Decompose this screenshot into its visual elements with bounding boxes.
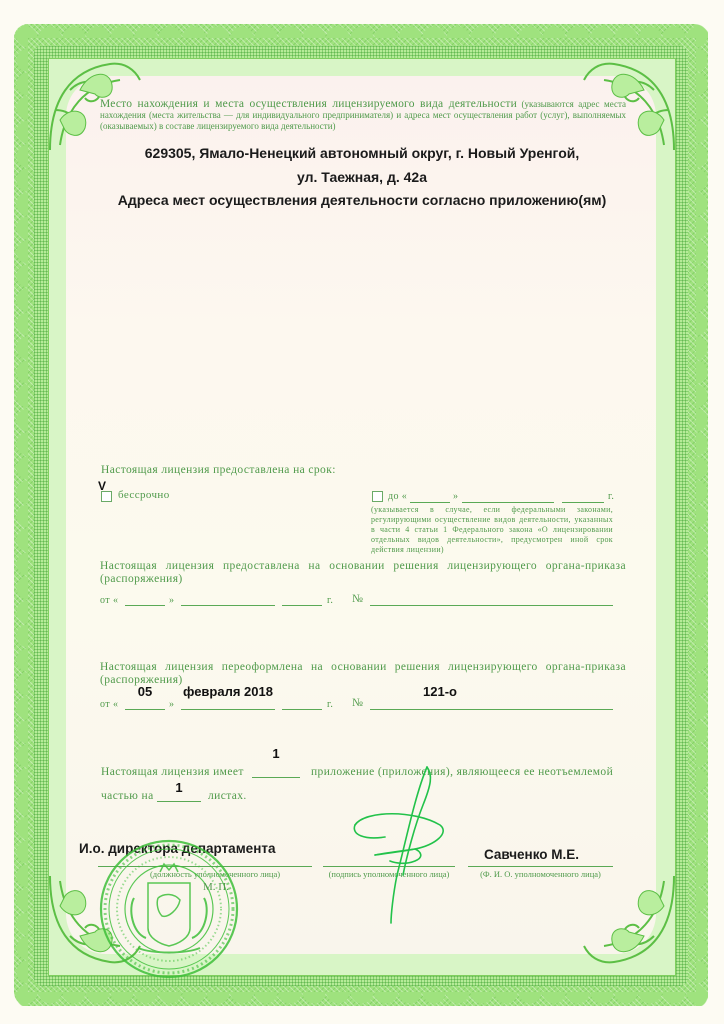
reissue-number-field[interactable] <box>370 709 613 710</box>
grant-label: Настоящая лицензия предоставлена на осно… <box>100 560 626 586</box>
grant-from-prefix: от « <box>100 595 118 606</box>
appendix-count-value: 1 <box>252 746 300 761</box>
name-field <box>468 866 613 867</box>
position-field <box>98 866 312 867</box>
name-caption: (Ф. И. О. уполномоченного лица) <box>468 869 613 879</box>
reissue-month-field[interactable] <box>181 709 275 710</box>
until-quote-close: » <box>453 491 458 502</box>
grant-quote-close: » <box>169 595 174 606</box>
until-year-field[interactable] <box>562 502 604 503</box>
reissue-number-value: 121-о <box>400 684 480 699</box>
location-heading-block: Место нахождения и места осуществления л… <box>100 99 626 132</box>
grant-year-field[interactable] <box>282 605 322 606</box>
address-line-3: Адреса мест осуществления деятельности с… <box>0 192 724 208</box>
reissue-year-suffix: г. <box>327 699 333 710</box>
reissue-from-prefix: от « <box>100 699 118 710</box>
appendix-count-field[interactable] <box>252 777 300 778</box>
grant-month-field[interactable] <box>181 605 275 606</box>
sheets-count-field[interactable] <box>157 801 201 802</box>
signature-caption: (подпись уполномоченного лица) <box>323 869 455 879</box>
signer-position: И.о. директора департамента <box>79 841 275 856</box>
term-label: Настоящая лицензия предоставлена на срок… <box>101 464 336 476</box>
reissue-quote-close: » <box>169 699 174 710</box>
position-caption: (должность уполномоченного лица) <box>140 869 290 879</box>
location-heading: Место нахождения и места осуществления л… <box>100 98 517 110</box>
reissue-day-value: 05 <box>125 684 165 699</box>
until-day-field[interactable] <box>410 502 450 503</box>
address-line-2: ул. Таежная, д. 42а <box>0 169 724 185</box>
appendix-text-after: приложение (приложения), являющееся ее н… <box>311 766 613 778</box>
sheets-prefix: частью на <box>101 790 154 802</box>
until-year-suffix: г. <box>608 491 614 502</box>
appendix-text-before: Настоящая лицензия имеет <box>101 766 244 778</box>
grant-number-prefix: № <box>352 593 363 605</box>
unlimited-option-label: бессрочно <box>118 489 170 501</box>
signer-name: Савченко М.Е. <box>484 847 579 862</box>
grant-number-field[interactable] <box>370 605 613 606</box>
address-line-1: 629305, Ямало-Ненецкий автономный округ,… <box>0 145 724 161</box>
unlimited-checkbox[interactable] <box>101 491 112 502</box>
until-month-field[interactable] <box>462 502 554 503</box>
until-prefix: до « <box>388 491 407 502</box>
seal-label: М. П. <box>203 881 229 893</box>
reissue-number-prefix: № <box>352 697 363 709</box>
sheets-count-value: 1 <box>157 780 201 795</box>
signature-field <box>323 866 455 867</box>
until-checkbox[interactable] <box>372 491 383 502</box>
reissue-year-field[interactable] <box>282 709 322 710</box>
grant-year-suffix: г. <box>327 595 333 606</box>
sheets-suffix: листах. <box>208 790 247 802</box>
grant-day-field[interactable] <box>125 605 165 606</box>
reissue-day-field[interactable] <box>125 709 165 710</box>
reissue-month-value: февраля 2018 <box>178 684 278 699</box>
until-note: (указывается в случае, если федеральными… <box>371 505 613 555</box>
